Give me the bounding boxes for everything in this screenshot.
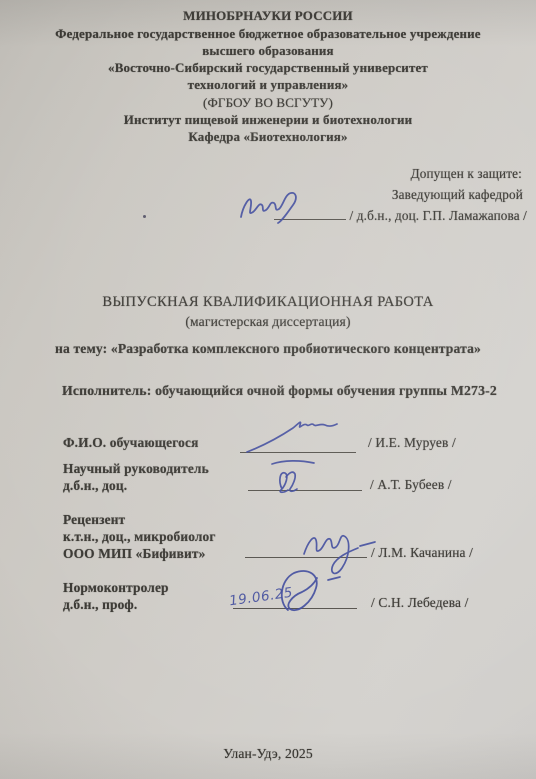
ministry-line: МИНОБРНАУКИ РОССИИ <box>0 8 536 24</box>
signer-name-supervisor: / А.Т. Бубеев / <box>370 477 452 493</box>
signature-line-supervisor <box>248 490 362 491</box>
approval-admitted: Допущен к защите: <box>411 166 522 182</box>
city-year: Улан-Удэ, 2025 <box>0 746 536 762</box>
abbrev-line: (ФГБОУ ВО ВСГУТУ) <box>0 95 536 111</box>
signature-line-reviewer <box>245 557 367 558</box>
signer-role-normcontrol: Нормоконтролер <box>63 580 169 596</box>
approval-name: / д.б.н., доц. Г.П. Ламажапова / <box>350 208 527 223</box>
work-title: ВЫПУСКНАЯ КВАЛИФИКАЦИОННАЯ РАБОТА <box>0 294 536 311</box>
approval-sign-line: / д.б.н., доц. Г.П. Ламажапова / <box>274 208 527 224</box>
signer-degree-supervisor: д.б.н., доц. <box>63 478 127 494</box>
university-line: «Восточно-Сибирский государственный унив… <box>0 60 536 76</box>
signature-line-normcontrol <box>233 608 357 609</box>
signer-name-student: / И.Е. Муруев / <box>368 435 456 451</box>
signer-degree-normcontrol: д.б.н., проф. <box>63 597 137 613</box>
signature-kachanina <box>296 524 382 582</box>
scanned-title-page: МИНОБРНАУКИ РОССИИ Федеральное государст… <box>0 0 536 779</box>
signer-name-normcontrol: / С.Н. Лебедева / <box>371 595 469 611</box>
signature-line-student <box>240 452 356 453</box>
executor-line: Исполнитель: обучающийся очной формы обу… <box>62 383 497 399</box>
signature-blank <box>274 209 346 220</box>
signer-name-reviewer: / Л.М. Качанина / <box>371 545 473 561</box>
approval-head: Заведующий кафедрой <box>392 187 523 203</box>
signer-role-student: Ф.И.О. обучающегося <box>63 435 199 451</box>
signer-degree-reviewer: к.т.н., доц., микробиолог <box>63 529 216 545</box>
signer-role-supervisor: Научный руководитель <box>63 461 209 477</box>
signature-bubeev <box>256 455 336 495</box>
department-line: Кафедра «Биотехнология» <box>0 129 536 145</box>
institution-line: Федеральное государственное бюджетное об… <box>0 26 536 42</box>
work-subtitle: (магистерская диссертация) <box>0 314 536 330</box>
institute-line: Институт пищевой инженерии и биотехнолог… <box>0 112 536 128</box>
signer-org-reviewer: ООО МИП «Бифивит» <box>63 546 205 562</box>
ink-dot <box>143 215 146 218</box>
education-line: высшего образования <box>0 43 536 59</box>
work-topic: на тему: «Разработка комплексного пробио… <box>0 341 536 357</box>
signer-role-reviewer: Рецензент <box>63 512 125 528</box>
signature-muruev <box>243 412 343 454</box>
handwritten-date: 19.06.25 <box>228 585 294 610</box>
university-line2: технологий и управления» <box>0 77 536 93</box>
